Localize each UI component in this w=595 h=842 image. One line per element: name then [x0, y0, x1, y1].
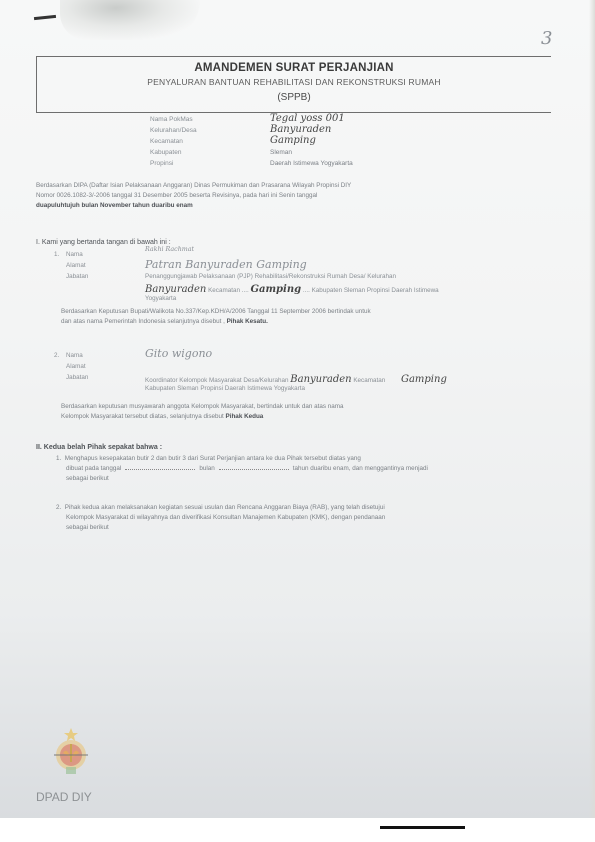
party1-jabatan: Penanggungjawab Pelaksanaan (PJP) Rehabi… [145, 273, 396, 280]
info-label: Kelurahan/Desa [150, 127, 270, 134]
document-acronym: (SPPB) [37, 92, 551, 103]
party2-nama: Gito wigono [145, 347, 212, 360]
intro-paragraph: Berdasarkan DIPA (Daftar Isian Pelaksana… [36, 181, 576, 211]
page-number: 3 [541, 28, 552, 49]
party2-num: 2. [54, 352, 59, 359]
diy-emblem-icon [52, 727, 90, 777]
document-subtitle: PENYALURAN BANTUAN REHABILITASI DAN REKO… [37, 77, 551, 87]
party2-jabatan-line2: Kabupaten Sleman Propinsi Daerah Istimew… [145, 385, 305, 392]
party2-basis: Berdasarkan keputusan musyawarah anggota… [61, 402, 581, 422]
info-value: Daerah Istimewa Yogyakarta [270, 160, 353, 167]
party2-nama-label: Nama [66, 352, 83, 359]
watermark-text: DPAD DIY [36, 790, 92, 804]
info-value: Tegal yoss 001 [270, 113, 345, 124]
party1-nama-label: Nama [66, 251, 83, 258]
document-title: AMANDEMEN SURAT PERJANJIAN [37, 62, 551, 74]
info-label: Propinsi [150, 160, 270, 167]
party1-basis: Berdasarkan Keputusan Bupati/Walikota No… [61, 307, 581, 327]
info-value: Banyuraden [270, 124, 331, 135]
agreement-item-2: 2. Pihak kedua akan melaksanakan kegiata… [56, 503, 586, 533]
party1-alamat: Patran Banyuraden Gamping [145, 258, 307, 271]
intro-line: Nomor 0026.1082-3/-2006 tanggal 31 Desem… [36, 191, 576, 201]
intro-line: duapuluhtujuh bulan November tahun duari… [36, 201, 576, 211]
party1-jabatan-line3: Yogyakarta [145, 295, 176, 302]
title-box: AMANDEMEN SURAT PERJANJIAN PENYALURAN BA… [36, 56, 551, 113]
agreement-item-1: 1. Menghapus kesepakatan butir 2 dan but… [56, 454, 586, 484]
paper-smudge [60, 0, 200, 40]
info-label: Kabupaten [150, 149, 270, 156]
party1-jabatan-line2: Banyuraden Kecamatan .... Gamping .... K… [145, 284, 439, 295]
section-1-heading: I. Kami yang bertanda tangan di bawah in… [36, 239, 171, 246]
info-label: Kecamatan [150, 138, 270, 145]
party1-jabatan-label: Jabatan [66, 273, 88, 280]
party2-alamat-label: Alamat [66, 363, 86, 370]
party1-num: 1. [54, 251, 59, 258]
intro-line: Berdasarkan DIPA (Daftar Isian Pelaksana… [36, 181, 576, 191]
section-2-heading: II. Kedua belah Pihak sepakat bahwa : [36, 444, 162, 451]
footer-line [380, 826, 465, 829]
info-value: Sleman [270, 149, 292, 156]
pen-mark [34, 15, 56, 20]
party2-jabatan-label: Jabatan [66, 374, 88, 381]
info-value: Gamping [270, 135, 316, 146]
document-page: 3 AMANDEMEN SURAT PERJANJIAN PENYALURAN … [0, 0, 595, 818]
info-label: Nama PokMas [150, 116, 270, 123]
party2-jabatan: Koordinator Kelompok Masyarakat Desa/Kel… [145, 374, 447, 385]
party1-nama: Rakhi Rachmat [145, 246, 194, 253]
party1-alamat-label: Alamat [66, 262, 86, 269]
